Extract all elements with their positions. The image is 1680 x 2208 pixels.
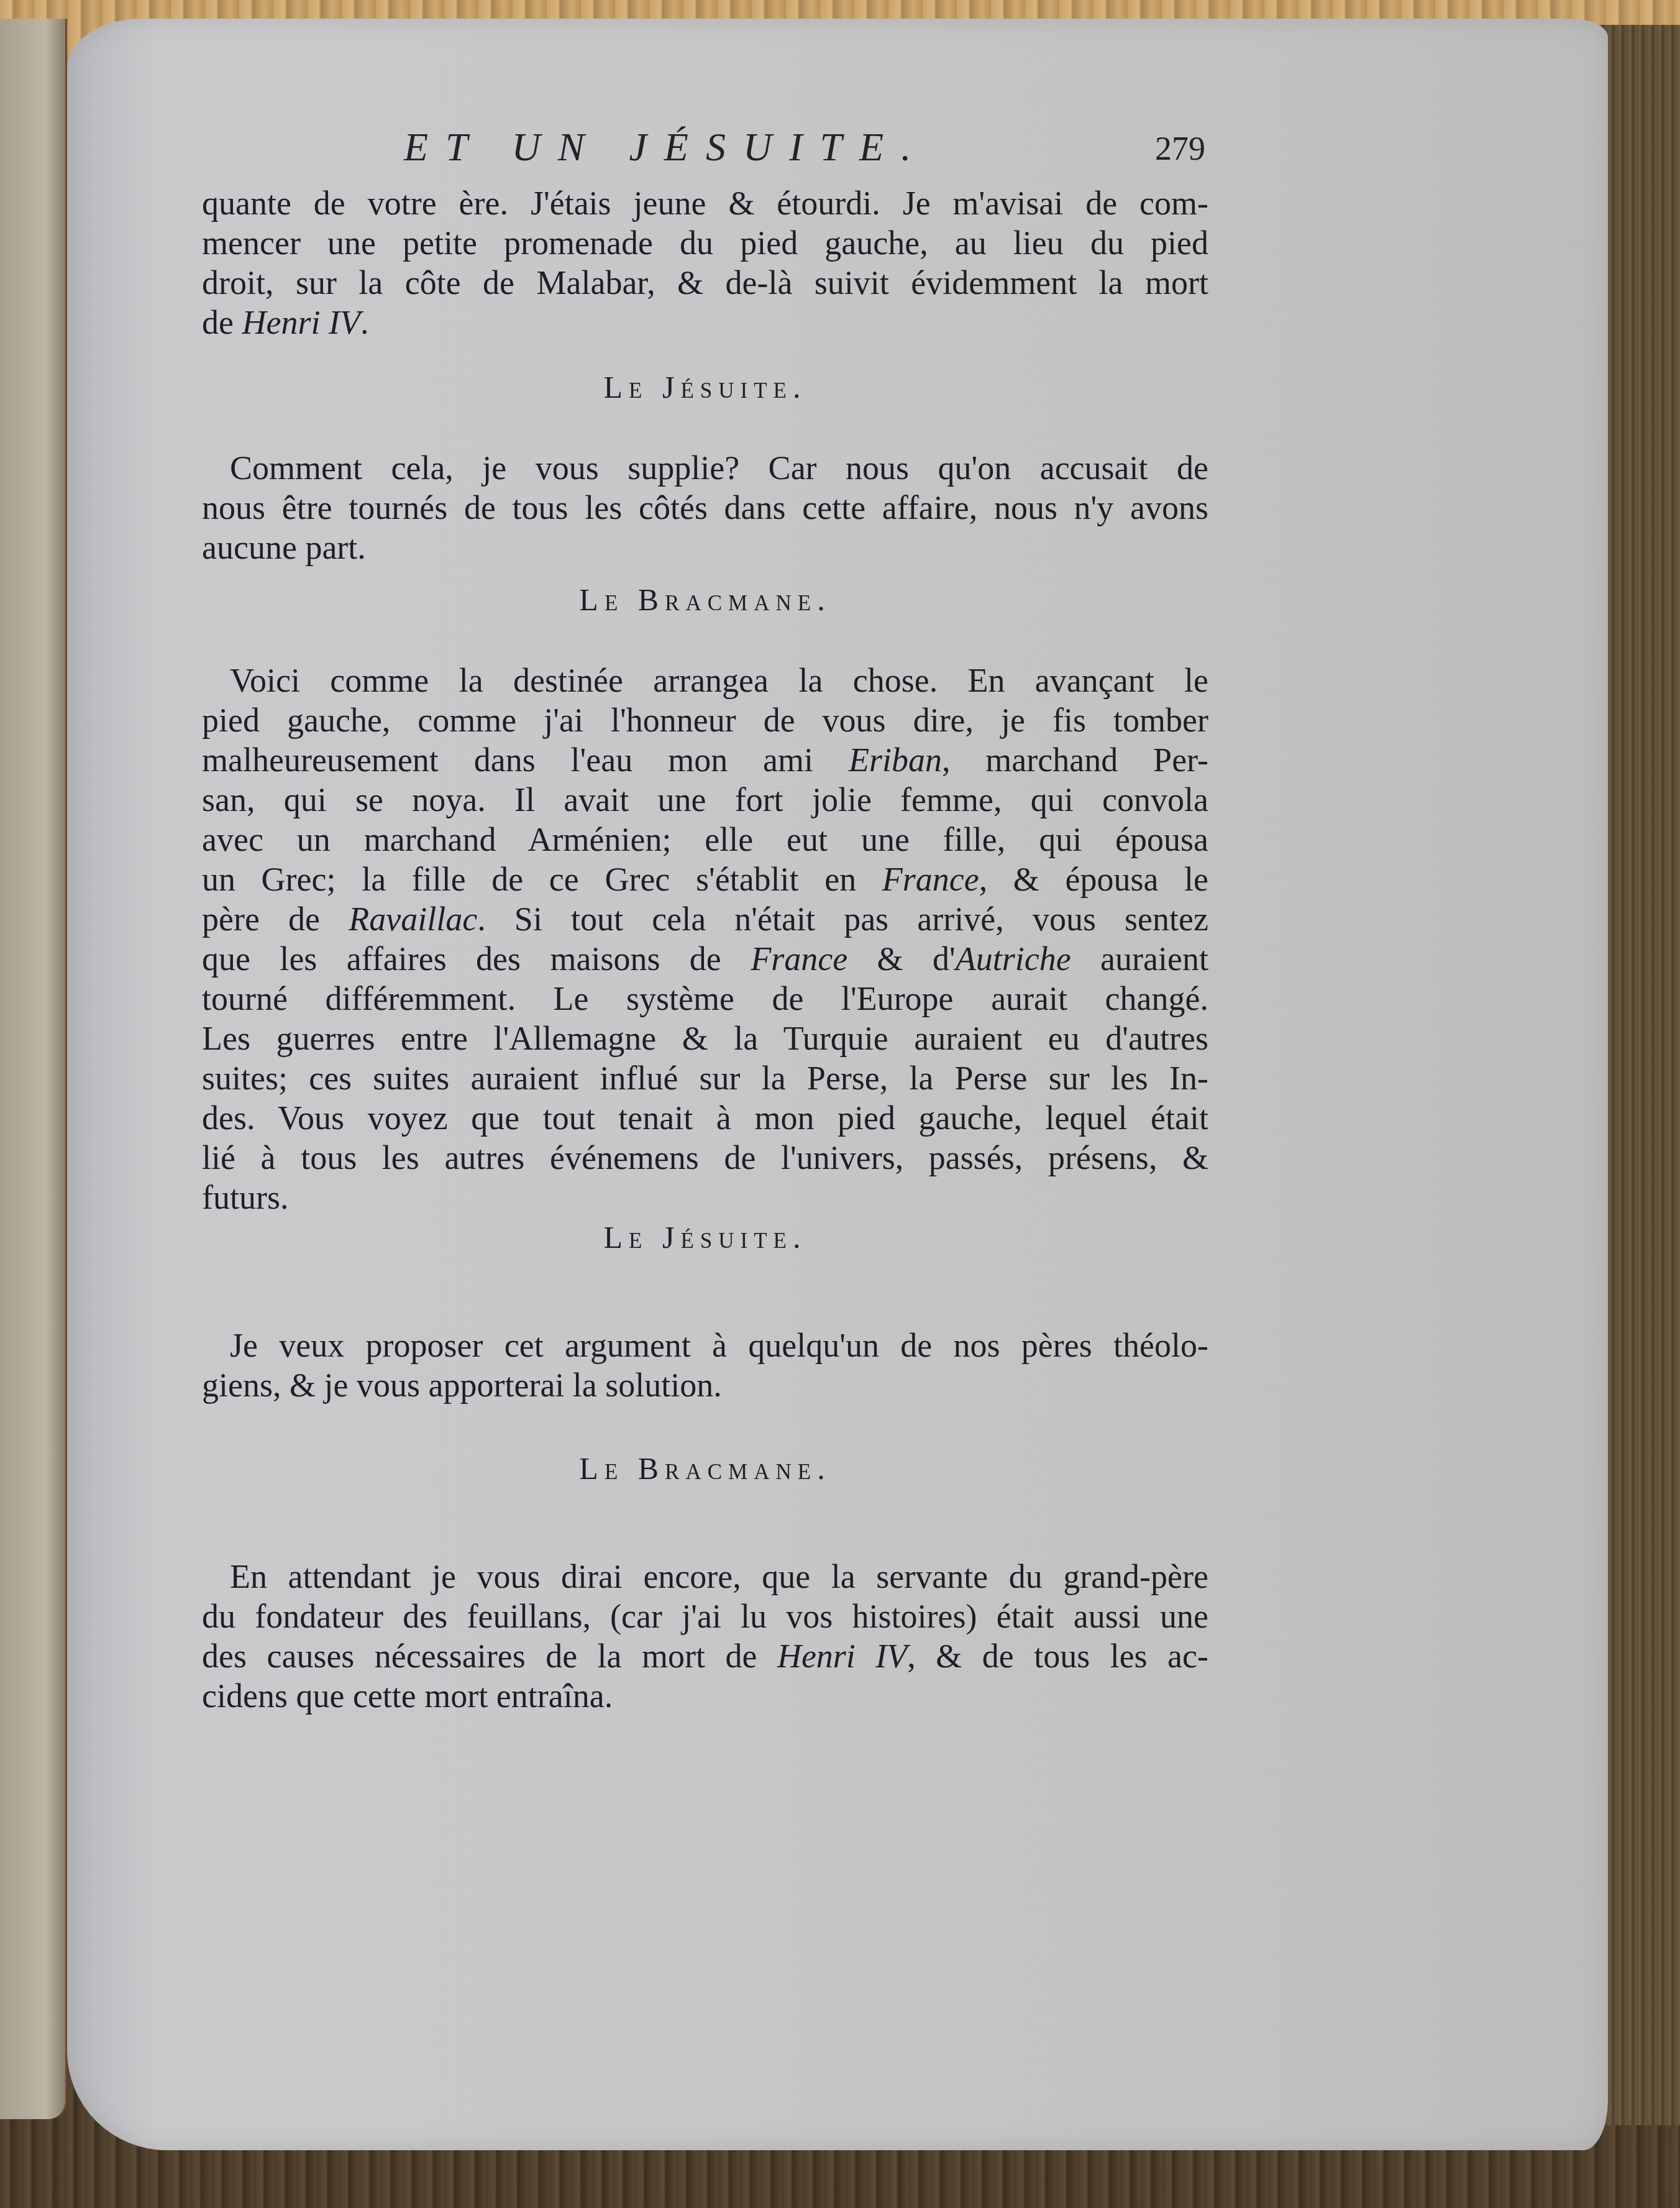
paragraph: Voici comme la destinée arrangea la chos… <box>202 661 1208 1217</box>
text-line: père de Ravaillac. Si tout cela n'était … <box>202 899 1208 939</box>
text-line: droit, sur la côte de Malabar, & de-là s… <box>202 263 1208 303</box>
text-line: malheureusement dans l'eau mon ami Eriba… <box>202 740 1208 780</box>
text-line: que les affaires des maisons de France &… <box>202 939 1208 979</box>
text-line: du fondateur des feuillans, (car j'ai lu… <box>202 1596 1208 1636</box>
text-line: pied gauche, comme j'ai l'honneur de vou… <box>202 700 1208 740</box>
paragraph: quante de votre ère. J'étais jeune & éto… <box>202 183 1208 342</box>
text-line: Comment cela, je vous supplie? Car nous … <box>202 448 1208 488</box>
paragraph: En attendant je vous dirai encore, que l… <box>202 1557 1208 1716</box>
page-number: 279 <box>1155 129 1205 168</box>
text-line: des causes nécessaires de la mort de Hen… <box>202 1636 1208 1676</box>
text-line: nous être tournés de tous les côtés dans… <box>202 488 1208 528</box>
text-line: aucune part. <box>202 528 1208 567</box>
paragraph: Comment cela, je vous supplie? Car nous … <box>202 448 1208 567</box>
book-page-edges <box>1597 25 1680 2125</box>
text-line: un Grec; la fille de ce Grec s'établit e… <box>202 859 1208 899</box>
speaker-heading: Le Jésuite. <box>202 367 1208 407</box>
text-line: lié à tous les autres événemens de l'uni… <box>202 1138 1208 1178</box>
text-line: san, qui se noya. Il avait une fort joli… <box>202 780 1208 820</box>
text-line: Je veux proposer cet argument à quelqu'u… <box>202 1326 1208 1365</box>
body-text: quante de votre ère. J'étais jeune & éto… <box>202 183 1208 1716</box>
text-line: des. Vous voyez que tout tenait à mon pi… <box>202 1098 1208 1138</box>
text-line: de Henri IV. <box>202 303 1208 342</box>
speaker-heading: Le Bracmane. <box>202 1449 1208 1488</box>
text-line: quante de votre ère. J'étais jeune & éto… <box>202 183 1208 223</box>
running-title: ET UN JÉSUITE. <box>404 124 928 170</box>
facing-page-edge <box>0 19 67 2119</box>
paragraph: Je veux proposer cet argument à quelqu'u… <box>202 1326 1208 1405</box>
running-head: ET UN JÉSUITE. 279 <box>404 124 1212 180</box>
speaker-heading: Le Bracmane. <box>202 580 1208 620</box>
text-line: tourné différemment. Le système de l'Eur… <box>202 979 1208 1019</box>
text-line: avec un marchand Arménien; elle eut une … <box>202 820 1208 859</box>
text-line: suites; ces suites auraient influé sur l… <box>202 1058 1208 1098</box>
speaker-heading: Le Jésuite. <box>202 1217 1208 1257</box>
text-line: Les guerres entre l'Allemagne & la Turqu… <box>202 1019 1208 1058</box>
text-line: giens, & je vous apporterai la solution. <box>202 1365 1208 1405</box>
text-line: futurs. <box>202 1178 1208 1217</box>
text-line: En attendant je vous dirai encore, que l… <box>202 1557 1208 1596</box>
text-line: cidens que cette mort entraîna. <box>202 1676 1208 1716</box>
text-line: Voici comme la destinée arrangea la chos… <box>202 661 1208 700</box>
text-line: mencer une petite promenade du pied gauc… <box>202 223 1208 263</box>
